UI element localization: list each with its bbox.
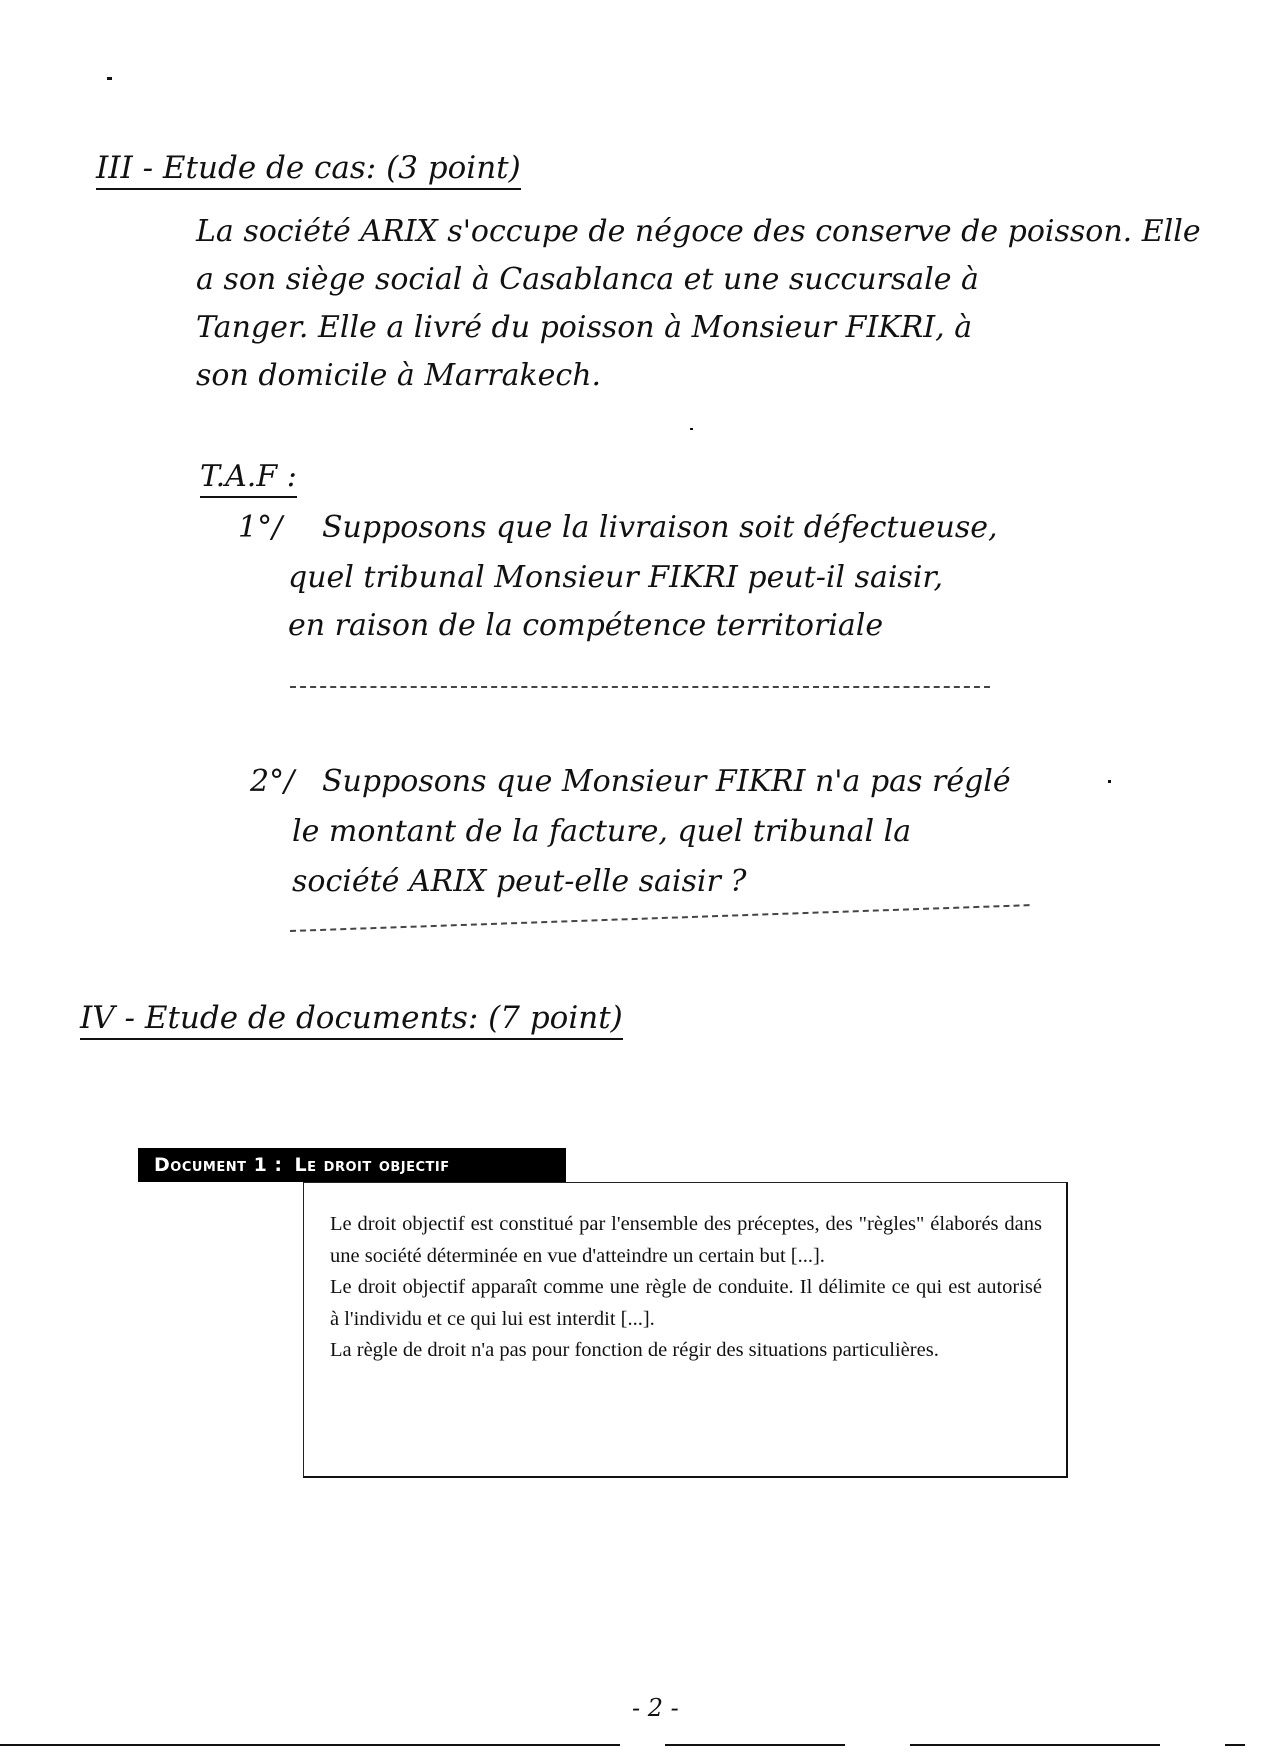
section-4-heading: IV - Etude de documents: (7 point) — [80, 1000, 623, 1040]
question-line: Supposons que la livraison soit défectue… — [322, 506, 998, 550]
question-line: société ARIX peut-elle saisir ? — [292, 860, 746, 904]
section-3-heading: III - Etude de cas: (3 point) — [96, 150, 521, 190]
question-number: 1°/ — [238, 506, 282, 550]
scan-speck — [690, 428, 693, 430]
section-3-title: III - Etude de cas: (3 point) — [96, 150, 521, 186]
scan-speck — [107, 77, 112, 80]
footer-rule — [0, 1744, 620, 1746]
case-line: La société ARIX s'occupe de négoce des c… — [196, 210, 1201, 254]
page-number: - 2 - — [632, 1694, 679, 1722]
document-paragraph: Le droit objectif est constitué par l'en… — [330, 1209, 1042, 1272]
question-line: le montant de la facture, quel tribunal … — [292, 810, 911, 854]
question-number: 2°/ — [250, 760, 294, 804]
question-line: Supposons que Monsieur FIKRI n'a pas rég… — [322, 760, 1011, 804]
taf-label: T.A.F : — [200, 455, 297, 499]
document-1-label-title: Le droit objectif — [295, 1154, 450, 1176]
question-line: en raison de la compétence territoriale — [288, 604, 883, 648]
question-line: quel tribunal Monsieur FIKRI peut-il sai… — [288, 556, 943, 600]
footer-rule — [1225, 1744, 1245, 1746]
document-paragraph: La règle de droit n'a pas pour fonction … — [330, 1335, 1042, 1367]
footer-rule — [910, 1744, 1160, 1746]
document-1-box: Le droit objectif est constitué par l'en… — [303, 1182, 1068, 1478]
footer-rule — [665, 1744, 845, 1746]
case-line: a son siège social à Casablanca et une s… — [196, 258, 979, 302]
answer-dash-line — [290, 686, 990, 688]
scan-speck — [1108, 780, 1111, 783]
document-1-label-prefix: Document 1 : — [154, 1154, 283, 1176]
document-1-label: Document 1 : Le droit objectif — [138, 1148, 566, 1182]
section-4-title: IV - Etude de documents: (7 point) — [80, 1000, 623, 1036]
document-paragraph: Le droit objectif apparaît comme une règ… — [330, 1272, 1042, 1335]
case-line: son domicile à Marrakech. — [196, 354, 601, 398]
taf-label-text: T.A.F : — [200, 459, 297, 498]
answer-dash-line — [290, 904, 1030, 932]
case-line: Tanger. Elle a livré du poisson à Monsie… — [196, 306, 972, 350]
